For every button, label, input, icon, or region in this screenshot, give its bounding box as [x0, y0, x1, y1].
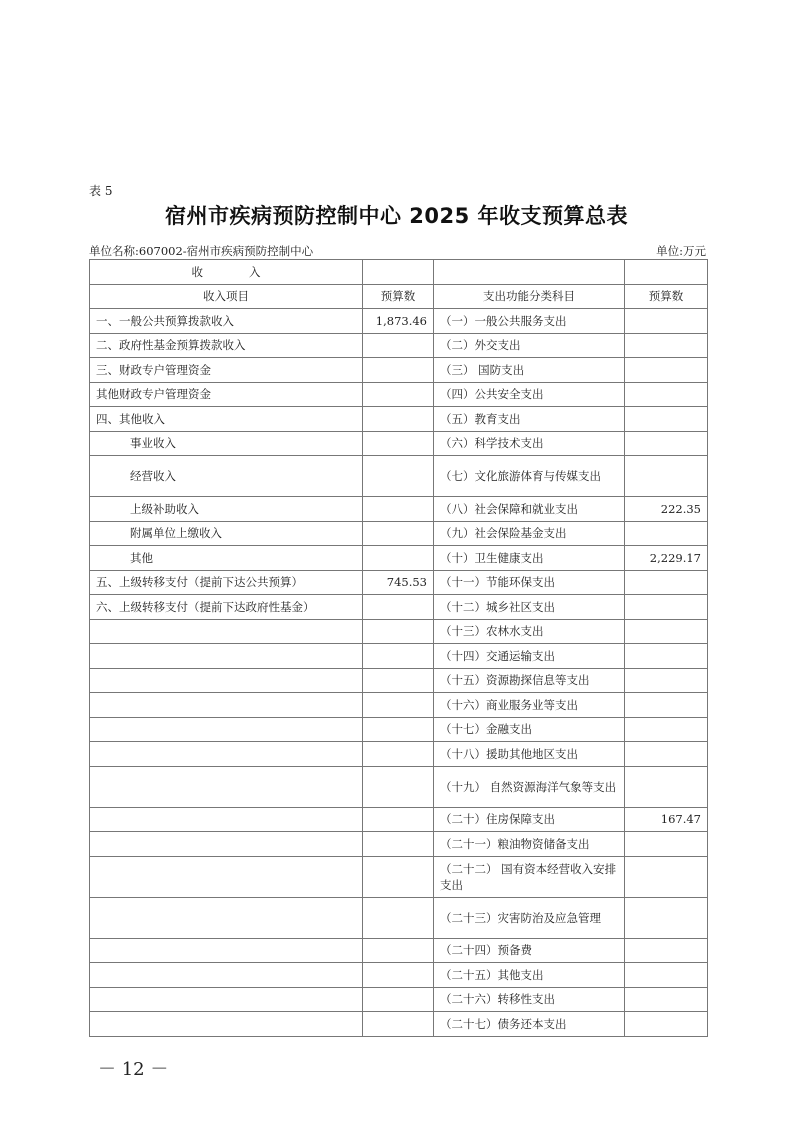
table-row: 六、上级转移支付（提前下达政府性基金）（十二）城乡社区支出 [90, 595, 708, 620]
table-row: 一、一般公共预算拨款收入1,873.46（一）一般公共服务支出 [90, 309, 708, 334]
expense-amount [625, 309, 708, 334]
table-row: （二十五）其他支出 [90, 963, 708, 988]
income-item: 一、一般公共预算拨款收入 [90, 309, 363, 334]
expense-item: （十九） 自然资源海洋气象等支出 [434, 766, 625, 807]
expense-item: （一）一般公共服务支出 [434, 309, 625, 334]
income-amount [363, 807, 434, 832]
expense-amount: 2,229.17 [625, 546, 708, 571]
income-item [90, 807, 363, 832]
income-item: 五、上级转移支付（提前下达公共预算） [90, 570, 363, 595]
expense-amount [625, 897, 708, 938]
income-amount [363, 668, 434, 693]
expense-item-header: 支出功能分类科目 [434, 284, 625, 309]
expense-amount [625, 717, 708, 742]
expense-item: （二十三）灾害防治及应急管理 [434, 897, 625, 938]
expense-amount [625, 456, 708, 497]
income-item [90, 897, 363, 938]
expense-amount [625, 358, 708, 383]
table-row: 四、其他收入（五）教育支出 [90, 407, 708, 432]
expense-item: （二十一）粮油物资储备支出 [434, 832, 625, 857]
income-amount [363, 717, 434, 742]
expense-item: （六）科学技术支出 [434, 431, 625, 456]
income-amount [363, 987, 434, 1012]
income-item: 六、上级转移支付（提前下达政府性基金） [90, 595, 363, 620]
expense-amount [625, 742, 708, 767]
expense-item: （十三）农林水支出 [434, 619, 625, 644]
table-row: 二、政府性基金预算拨款收入（二）外交支出 [90, 333, 708, 358]
table-row: （二十）住房保障支出167.47 [90, 807, 708, 832]
income-amount [363, 595, 434, 620]
expense-amount [625, 963, 708, 988]
expense-item: （十二）城乡社区支出 [434, 595, 625, 620]
table-row: （十六）商业服务业等支出 [90, 693, 708, 718]
income-amount [363, 832, 434, 857]
expense-item: （八）社会保障和就业支出 [434, 497, 625, 522]
unit-name: 单位名称:607002-宿州市疾病预防控制中心 [89, 243, 313, 259]
table-row: （十七）金融支出 [90, 717, 708, 742]
header-row: 收入项目 预算数 支出功能分类科目 预算数 [90, 284, 708, 309]
income-item: 二、政府性基金预算拨款收入 [90, 333, 363, 358]
income-amount [363, 521, 434, 546]
expense-amount [625, 693, 708, 718]
expense-item: （二十二） 国有资本经营收入安排支出 [434, 856, 625, 897]
table-row: （十八）援助其他地区支出 [90, 742, 708, 767]
income-item [90, 963, 363, 988]
expense-amount [625, 668, 708, 693]
expense-item: （三） 国防支出 [434, 358, 625, 383]
income-item [90, 766, 363, 807]
expense-amount [625, 644, 708, 669]
income-amount [363, 407, 434, 432]
income-item [90, 717, 363, 742]
income-item: 其他财政专户管理资金 [90, 382, 363, 407]
expense-amount [625, 1012, 708, 1037]
table-row: （十三）农林水支出 [90, 619, 708, 644]
expense-item: （二十六）转移性支出 [434, 987, 625, 1012]
income-amount: 1,873.46 [363, 309, 434, 334]
expense-amount [625, 856, 708, 897]
income-item: 其他 [90, 546, 363, 571]
income-item-header: 收入项目 [90, 284, 363, 309]
income-item [90, 856, 363, 897]
table-row: 三、财政专户管理资金（三） 国防支出 [90, 358, 708, 383]
income-amount [363, 766, 434, 807]
income-amount [363, 856, 434, 897]
empty-cell [434, 260, 625, 285]
empty-cell [625, 260, 708, 285]
income-item [90, 1012, 363, 1037]
table-row: （二十二） 国有资本经营收入安排支出 [90, 856, 708, 897]
income-amount [363, 382, 434, 407]
income-item: 经营收入 [90, 456, 363, 497]
table-row: 其他财政专户管理资金（四）公共安全支出 [90, 382, 708, 407]
expense-amount [625, 431, 708, 456]
income-item: 四、其他收入 [90, 407, 363, 432]
expense-amount [625, 521, 708, 546]
expense-item: （七）文化旅游体育与传媒支出 [434, 456, 625, 497]
expense-item: （二十七）债务还本支出 [434, 1012, 625, 1037]
expense-item: （二十）住房保障支出 [434, 807, 625, 832]
expense-amount: 167.47 [625, 807, 708, 832]
income-group-header: 收 入 [90, 260, 363, 285]
expense-amount [625, 938, 708, 963]
income-item: 上级补助收入 [90, 497, 363, 522]
income-amount [363, 619, 434, 644]
income-amount [363, 431, 434, 456]
income-amount [363, 693, 434, 718]
table-row: 事业收入（六）科学技术支出 [90, 431, 708, 456]
income-item [90, 644, 363, 669]
table-row: 附属单位上缴收入（九）社会保险基金支出 [90, 521, 708, 546]
page-number: － 12 － [98, 1055, 168, 1081]
expense-amount [625, 832, 708, 857]
page-title: 宿州市疾病预防控制中心 2025 年收支预算总表 [0, 200, 793, 230]
income-item: 附属单位上缴收入 [90, 521, 363, 546]
expense-item: （五）教育支出 [434, 407, 625, 432]
income-item [90, 832, 363, 857]
table-row: （十四）交通运输支出 [90, 644, 708, 669]
expense-amount [625, 619, 708, 644]
income-item: 三、财政专户管理资金 [90, 358, 363, 383]
income-amount [363, 456, 434, 497]
income-amount [363, 1012, 434, 1037]
income-amount [363, 358, 434, 383]
income-amount [363, 546, 434, 571]
table-row: （二十四）预备费 [90, 938, 708, 963]
income-item [90, 668, 363, 693]
expense-amount [625, 570, 708, 595]
table-row: （十五）资源勘探信息等支出 [90, 668, 708, 693]
table-row: （二十六）转移性支出 [90, 987, 708, 1012]
unit-label: 单位:万元 [656, 243, 706, 259]
expense-item: （十一）节能环保支出 [434, 570, 625, 595]
expense-amount [625, 333, 708, 358]
income-item [90, 987, 363, 1012]
header-group-row: 收 入 [90, 260, 708, 285]
expense-budget-header: 预算数 [625, 284, 708, 309]
table-row: （二十三）灾害防治及应急管理 [90, 897, 708, 938]
income-amount [363, 333, 434, 358]
table-row: 五、上级转移支付（提前下达公共预算）745.53（十一）节能环保支出 [90, 570, 708, 595]
income-amount [363, 742, 434, 767]
income-amount [363, 938, 434, 963]
expense-amount [625, 382, 708, 407]
income-item [90, 693, 363, 718]
expense-amount [625, 407, 708, 432]
expense-amount [625, 766, 708, 807]
expense-item: （九）社会保险基金支出 [434, 521, 625, 546]
expense-item: （十七）金融支出 [434, 717, 625, 742]
table-row: 经营收入（七）文化旅游体育与传媒支出 [90, 456, 708, 497]
expense-amount: 222.35 [625, 497, 708, 522]
income-amount [363, 497, 434, 522]
table-row: （十九） 自然资源海洋气象等支出 [90, 766, 708, 807]
expense-item: （十四）交通运输支出 [434, 644, 625, 669]
expense-item: （十八）援助其他地区支出 [434, 742, 625, 767]
table-row: 其他（十）卫生健康支出2,229.17 [90, 546, 708, 571]
table-row: （二十七）债务还本支出 [90, 1012, 708, 1037]
expense-item: （二）外交支出 [434, 333, 625, 358]
income-item [90, 742, 363, 767]
income-item [90, 938, 363, 963]
expense-amount [625, 595, 708, 620]
expense-item: （二十四）预备费 [434, 938, 625, 963]
income-amount [363, 644, 434, 669]
table-row: （二十一）粮油物资储备支出 [90, 832, 708, 857]
income-amount [363, 897, 434, 938]
income-item: 事业收入 [90, 431, 363, 456]
table-label: 表 5 [89, 182, 112, 199]
empty-cell [363, 260, 434, 285]
expense-amount [625, 987, 708, 1012]
expense-item: （十）卫生健康支出 [434, 546, 625, 571]
table-row: 上级补助收入（八）社会保障和就业支出222.35 [90, 497, 708, 522]
expense-item: （四）公共安全支出 [434, 382, 625, 407]
expense-item: （十五）资源勘探信息等支出 [434, 668, 625, 693]
income-item [90, 619, 363, 644]
budget-table: 收 入 收入项目 预算数 支出功能分类科目 预算数 一、一般公共预算拨款收入1,… [89, 259, 708, 1037]
expense-item: （十六）商业服务业等支出 [434, 693, 625, 718]
income-amount [363, 963, 434, 988]
income-budget-header: 预算数 [363, 284, 434, 309]
income-amount: 745.53 [363, 570, 434, 595]
expense-item: （二十五）其他支出 [434, 963, 625, 988]
